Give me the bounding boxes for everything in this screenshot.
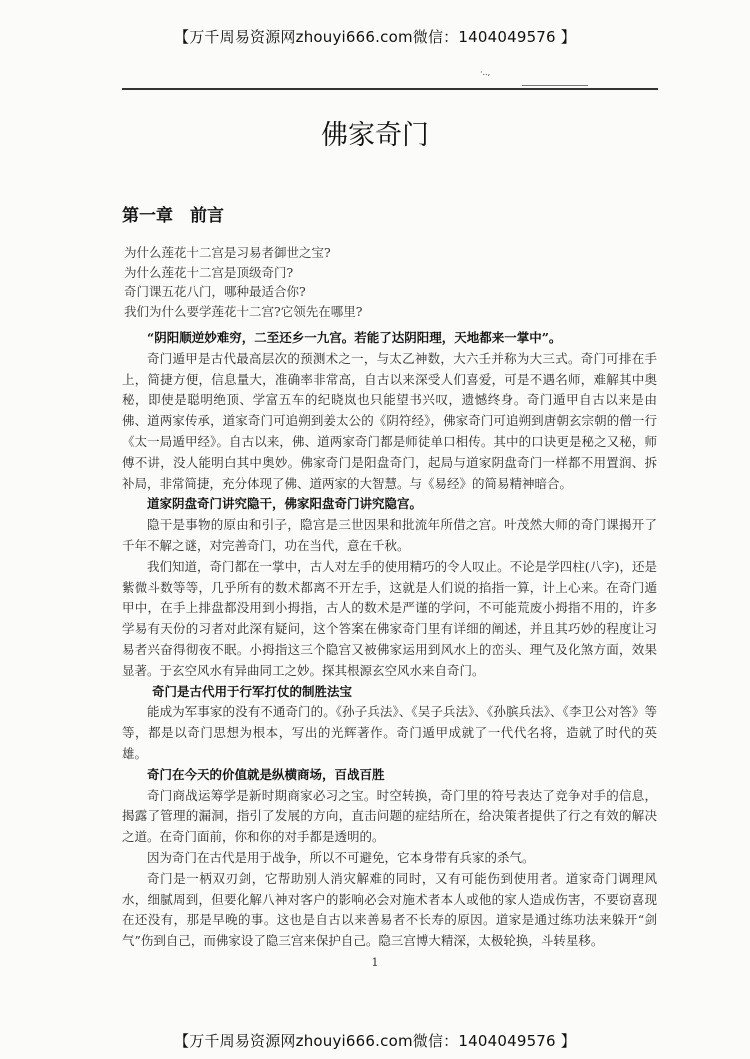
- body-text: “阴阳顺逆妙难穷，二至还乡一九宫。若能了达阴阳理，天地都来一掌中”。 奇门遁甲是…: [122, 328, 657, 952]
- watermark-footer: 【万千周易资源网zhouyi666.com微信：1404049576 】: [0, 1030, 750, 1051]
- page-number: 1: [0, 956, 750, 969]
- question-item: 为什么莲花十二宫是顶级奇门?: [124, 263, 362, 283]
- paragraph: 隐干是事物的原由和引子，隐宫是三世因果和批流年所借之宫。叶茂然大师的奇门课揭开了…: [122, 515, 657, 557]
- paragraph: 奇门商战运筹学是新时期商家必习之宝。时空转换，奇门里的符号表达了竞争对手的信息，…: [122, 786, 657, 848]
- question-item: 为什么莲花十二宫是习易者御世之宝?: [124, 243, 362, 263]
- question-list: 为什么莲花十二宫是习易者御世之宝? 为什么莲花十二宫是顶级奇门? 奇门课五花八门…: [124, 243, 362, 321]
- paragraph: 我们知道，奇门都在一掌中，古人对左手的使用精巧的令人叹止。不论是学四柱(八字)，…: [122, 557, 657, 682]
- question-item: 奇门课五花八门，哪种最适合你?: [124, 282, 362, 302]
- paragraph: 奇门遁甲是古代最高层次的预测术之一，与太乙神数，大六壬并称为大三式。奇门可排在手…: [122, 349, 657, 495]
- paragraph: 奇门是一柄双刃剑，它帮助别人消灾解难的同时，又有可能伤到使用者。道家奇门调理风水…: [122, 869, 657, 952]
- header-rule: [122, 88, 658, 90]
- chapter-heading: 第一章 前言: [122, 201, 224, 226]
- section-heading: 奇门是古代用于行军打仗的制胜法宝: [122, 682, 657, 703]
- watermark-header: 【万千周易资源网zhouyi666.com微信：1404049576 】: [0, 26, 750, 47]
- paragraph: 能成为军事家的没有不通奇门的。《孙子兵法》、《吴子兵法》、《孙膑兵法》、《李卫公…: [122, 702, 657, 764]
- page-title: 佛家奇门: [0, 113, 750, 152]
- section-heading: 奇门在今天的价值就是纵横商场，百战百胜: [122, 765, 657, 786]
- paragraph: 因为奇门在古代是用于战争，所以不可避免，它本身带有兵家的杀气。: [122, 848, 657, 869]
- header-rule-accent: [522, 85, 588, 86]
- scan-artifact: ·..,: [480, 68, 490, 77]
- section-heading: 道家阴盘奇门讲究隐干，佛家阳盘奇门讲究隐宫。: [122, 494, 657, 515]
- verse-quote: “阴阳顺逆妙难穷，二至还乡一九宫。若能了达阴阳理，天地都来一掌中”。: [122, 328, 657, 349]
- question-item: 我们为什么要学莲花十二宫?它领先在哪里?: [124, 302, 362, 322]
